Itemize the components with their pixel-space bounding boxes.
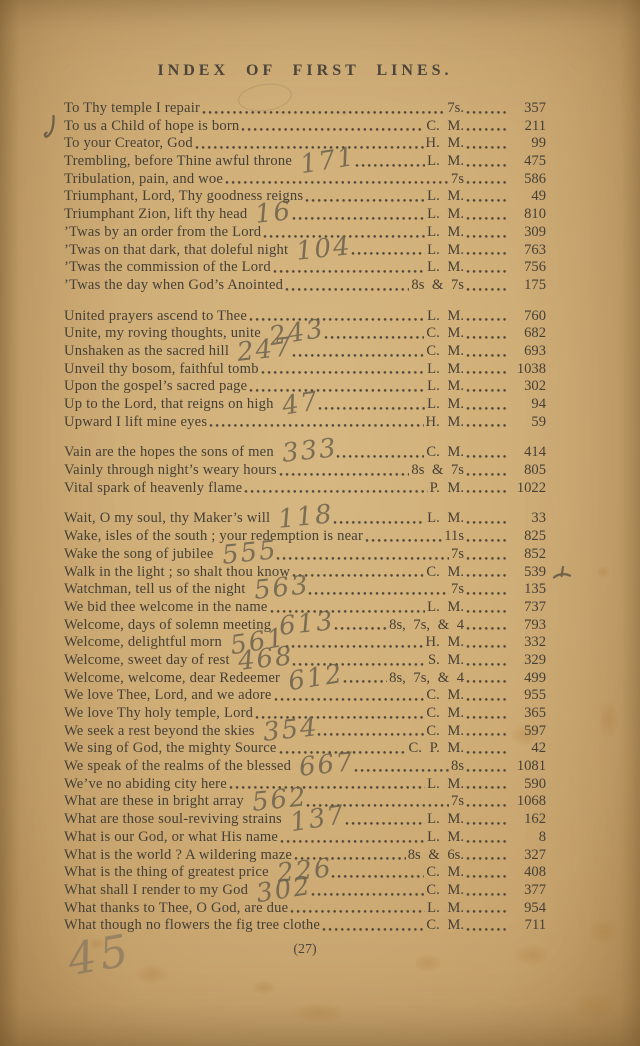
dot-leader [225,180,449,185]
entry-meter: C. M. [426,325,464,343]
entry-page-number: 8 [508,829,546,847]
entry-meter: H. M. [426,634,464,652]
entry-first-line: Upon the gospel’s sacred page [64,378,247,396]
entry-first-line: Wake the song of jubilee [64,546,214,564]
dot-leader [466,750,506,755]
entry-page-number: 329 [508,652,546,670]
entry-page-number: 1038 [508,361,546,379]
entry-meter: L. M. [427,378,464,396]
index-entry: Wake the song of jubilee555 7s 852 [64,546,546,564]
entry-page-number: 162 [508,811,546,829]
entry-page-number: 805 [508,462,546,480]
entry-page-number: 327 [508,847,546,865]
entry-page-number: 693 [508,343,546,361]
entry-first-line: ’Twas the day when God’s Anointed [64,277,283,295]
entry-first-line: What shall I render to my God [64,882,248,900]
dot-leader [305,198,425,203]
pencil-annotation: 354 [263,727,318,733]
dot-leader [292,216,426,221]
entry-meter: C. M. [426,917,464,935]
dot-leader [466,679,506,684]
page-title: INDEX OF FIRST LINES. [64,62,546,80]
entry-first-line: What is the world ? A wildering maze [64,847,292,865]
index-entry: What shall I render to my God302 C. M. 3… [64,882,546,900]
entry-meter: L. M. [427,308,464,326]
foxing-stain [292,1002,346,1024]
dot-leader [466,180,506,185]
dot-leader [466,662,506,667]
entry-meter: C. M. [426,564,464,582]
entry-page-number: 135 [508,581,546,599]
dot-leader [280,839,425,844]
entry-page-number: 760 [508,308,546,326]
entry-page-number: 711 [508,917,546,935]
entry-page-number: 357 [508,100,546,118]
folio-page-number: (27) [64,942,546,958]
dot-leader [466,353,506,358]
dot-leader [334,626,387,631]
dot-leader [343,679,387,684]
entry-first-line: Triumphant Zion, lift thy head [64,206,247,224]
entry-first-line: Watchman, tell us of the night [64,581,246,599]
index-entry: Vital spark of heavenly flame P. M. 1022 [64,480,546,498]
entry-meter: L. M. [427,599,464,617]
entry-meter: L. M. [427,900,464,918]
dot-leader [351,251,425,256]
entry-page-number: 414 [508,444,546,462]
entry-meter: 11s [444,528,464,546]
entry-meter: P. M. [430,480,464,498]
dot-leader [466,472,506,477]
entry-meter: 8s, 7s, & 4 [389,617,464,635]
index-entry: Wait, O my soul, thy Maker’s will118 L. … [64,510,546,528]
entry-page-number: 756 [508,259,546,277]
entry-page-number: 49 [508,188,546,206]
entry-meter: L. M. [427,259,464,277]
entry-meter: L. M. [427,510,464,528]
dot-leader [466,198,506,203]
dot-leader [202,110,445,115]
dot-leader [466,732,506,737]
entry-first-line: Welcome, delightful morn [64,634,222,652]
dot-leader [466,609,506,614]
dot-leader [331,874,424,879]
entry-first-line: Unshaken as the sacred hill [64,343,229,361]
dot-leader [466,556,506,561]
entry-meter: C. M. [426,444,464,462]
entry-meter: C. M. [426,687,464,705]
pencil-annotation: 171 [301,157,356,166]
dot-leader [466,216,506,221]
dot-leader [466,856,506,861]
dot-leader [466,785,506,790]
entry-first-line: We sing of God, the mighty Source [64,740,277,758]
entry-first-line: To your Creator, God [64,135,193,153]
entry-meter: 7s. [447,100,464,118]
dot-leader [333,520,425,525]
dot-leader [466,644,506,649]
entry-meter: S. M. [428,652,464,670]
index-entry: Unveil thy bosom, faithful tomb L. M. 10… [64,361,546,379]
dot-leader [292,353,425,358]
dot-leader [241,127,424,132]
dot-leader [273,269,425,274]
entry-page-number: 99 [508,135,546,153]
entry-first-line: What is the thing of greatest price [64,864,269,882]
entry-page-number: 42 [508,740,546,758]
dot-leader [466,803,506,808]
index-entry: ’Twas on that dark, that doleful night10… [64,242,546,260]
entry-first-line: We’ve no abiding city here [64,776,227,794]
entry-first-line: What is our God, or what His name [64,829,278,847]
entry-first-line: We bid thee welcome in the name [64,599,268,617]
index-entry: Vain are the hopes the sons of men333 C.… [64,444,546,462]
foxing-stain [596,566,610,578]
dot-leader [466,234,506,239]
entry-page-number: 365 [508,705,546,723]
pencil-annotation: 562 [252,798,307,804]
entry-page-number: 810 [508,206,546,224]
dot-leader [466,145,506,150]
dot-leader [209,423,423,428]
pencil-annotation: 137 [290,815,345,824]
entry-first-line: To Thy temple I repair [64,100,200,118]
entry-first-line: ’Twas by an order from the Lord [64,224,261,242]
entry-meter: 8s & 7s [411,462,464,480]
dot-leader [324,335,425,340]
entry-meter: 7s [451,581,464,599]
entry-first-line: Welcome, sweet day of rest [64,652,230,670]
dot-leader [318,406,425,411]
entry-meter: L. M. [427,361,464,379]
entry-page-number: 852 [508,546,546,564]
dot-leader [308,591,449,596]
entry-meter: C. M. [426,723,464,741]
entry-meter: 8s, 7s, & 4 [389,670,464,688]
dot-leader [365,538,442,543]
dot-leader [261,370,425,375]
foxing-stain [136,964,168,984]
entry-page-number: 175 [508,277,546,295]
index-entry: We seek a rest beyond the skies354 C. M.… [64,723,546,741]
dot-leader [466,520,506,525]
entry-page-number: 597 [508,723,546,741]
index-entry: We speak of the realms of the blessed667… [64,758,546,776]
index-entry: Unite, my roving thoughts, unite243 C. M… [64,325,546,343]
dot-leader [466,335,506,340]
entry-meter: 7s [451,171,464,189]
dot-leader [466,454,506,459]
dot-leader [317,732,424,737]
dot-leader [466,269,506,274]
pencil-annotation: 612 [289,673,344,682]
dot-leader [345,821,426,826]
entry-page-number: 332 [508,634,546,652]
index-entry: Triumphant Zion, lift thy head16 L. M. 8… [64,206,546,224]
entry-page-number: 59 [508,414,546,432]
entry-meter: H. M. [426,135,464,153]
entry-page-number: 539 [508,564,546,582]
dot-leader [466,251,506,256]
pencil-annotation: 667 [299,762,354,768]
pencil-annotation: 555 [222,550,277,556]
entry-first-line: We love Thy holy temple, Lord [64,705,253,723]
entry-first-line: We love Thee, Lord, and we adore [64,687,272,705]
dot-leader [311,892,425,897]
dot-leader [466,287,506,292]
dot-leader [466,909,506,914]
dot-leader [466,317,506,322]
dot-leader [466,423,506,428]
index-entry: Trembling, before Thine awful throne171 … [64,153,546,171]
entry-meter: 8s [451,758,464,776]
pencil-annotation: 302 [257,886,312,895]
entry-first-line: Vain are the hopes the sons of men [64,444,274,462]
entry-meter: C. M. [426,882,464,900]
dot-leader [466,591,506,596]
entry-page-number: 737 [508,599,546,617]
entry-page-number: 475 [508,153,546,171]
entry-page-number: 825 [508,528,546,546]
entry-page-number: 954 [508,900,546,918]
dot-leader [290,909,425,914]
entry-page-number: 309 [508,224,546,242]
pencil-annotation: 333 [282,448,337,454]
pencil-annotation: 16 [256,211,293,215]
foxing-stain [588,920,620,944]
entry-first-line: What thanks to Thee, O God, are due [64,900,288,918]
entry-page-number: 302 [508,378,546,396]
index-entry: Up to the Lord, that reigns on high47 L.… [64,396,546,414]
entry-first-line: Vainly through night’s weary hours [64,462,277,480]
entry-first-line: Vital spark of heavenly flame [64,480,242,498]
entry-page-number: 1068 [508,793,546,811]
entry-page-number: 1022 [508,480,546,498]
dot-leader [279,472,410,477]
dot-leader [466,489,506,494]
index-entry: What though no flowers the fig tree clot… [64,917,546,935]
entry-first-line: ’Twas on that dark, that doleful night [64,242,288,260]
index-list: To Thy temple I repair 7s. 357 To us a C… [64,100,546,935]
dot-leader [466,573,506,578]
dot-leader [285,644,424,649]
entry-meter: 8s & 6s. [408,847,464,865]
entry-meter: 7s [451,793,464,811]
pencil-annotation: 118 [278,515,333,521]
dot-leader [466,626,506,631]
index-entry: What are those soul-reviving strains137 … [64,811,546,829]
entry-first-line: To us a Child of hope is born [64,118,239,136]
pencil-annotation: 563 [254,585,309,591]
dot-leader [336,454,424,459]
dot-leader [466,388,506,393]
index-section-U: United prayers ascend to Thee L. M. 760 … [64,308,546,432]
dot-leader [322,927,424,932]
dot-leader [466,892,506,897]
entry-meter: C. P. M. [409,740,464,758]
entry-meter: L. M. [427,153,464,171]
dot-leader [285,287,409,292]
dot-leader [466,163,506,168]
pencil-annotation: 613 [279,621,334,627]
book-page: INDEX OF FIRST LINES. To Thy temple I re… [0,0,640,1046]
entry-first-line: Unite, my roving thoughts, unite [64,325,261,343]
entry-first-line: Trembling, before Thine awful throne [64,153,292,171]
entry-meter: C. M. [426,705,464,723]
entry-meter: H. M. [426,414,464,432]
entry-meter: L. M. [427,224,464,242]
index-entry: Watchman, tell us of the night563 7s 135 [64,581,546,599]
index-entry: Welcome, days of solemn meeting613 8s, 7… [64,617,546,635]
entry-meter: 7s [451,546,464,564]
pencil-annotation: 104 [296,246,351,252]
entry-meter: L. M. [427,811,464,829]
index-entry: What thanks to Thee, O God, are due L. M… [64,900,546,918]
dot-leader [466,927,506,932]
entry-meter: C. M. [426,864,464,882]
entry-page-number: 211 [508,118,546,136]
entry-first-line: United prayers ascend to Thee [64,308,247,326]
entry-first-line: Upward I lift mine eyes [64,414,207,432]
entry-first-line: We speak of the realms of the blessed [64,758,291,776]
dot-leader [466,406,506,411]
entry-first-line: What are these in bright array [64,793,244,811]
index-section-W: Wait, O my soul, thy Maker’s will118 L. … [64,510,546,935]
entry-page-number: 682 [508,325,546,343]
dot-leader [466,370,506,375]
dot-leader [466,839,506,844]
index-section-T: To Thy temple I repair 7s. 357 To us a C… [64,100,546,295]
entry-page-number: 586 [508,171,546,189]
dot-leader [466,874,506,879]
pencil-checkmark [43,115,56,146]
pencil-annotation: 47 [282,401,319,407]
dot-leader [466,127,506,132]
entry-meter: L. M. [427,242,464,260]
foxing-stain [598,700,620,740]
entry-page-number: 763 [508,242,546,260]
entry-first-line: Wait, O my soul, thy Maker’s will [64,510,270,528]
entry-page-number: 499 [508,670,546,688]
entry-meter: L. M. [427,188,464,206]
dot-leader [244,489,427,494]
dot-leader [466,538,506,543]
dot-leader [354,768,449,773]
index-entry: To us a Child of hope is born C. M. 211 [64,118,546,136]
pencil-page-note: 45 [64,925,136,986]
dot-leader [466,697,506,702]
entry-page-number: 1081 [508,758,546,776]
pencil-annotation: 247 [237,347,292,353]
entry-first-line: What are those soul-reviving strains [64,811,282,829]
entry-first-line: Unveil thy bosom, faithful tomb [64,361,259,379]
entry-page-number: 955 [508,687,546,705]
dot-leader [292,573,424,578]
entry-meter: C. M. [426,118,464,136]
entry-first-line: ’Twas the commission of the Lord [64,259,271,277]
dot-leader [466,715,506,720]
entry-page-number: 408 [508,864,546,882]
dot-leader [355,163,425,168]
dot-leader [466,768,506,773]
index-entry: Welcome, welcome, dear Redeemer612 8s, 7… [64,670,546,688]
dot-leader [276,556,449,561]
dot-leader [466,110,506,115]
entry-meter: 8s & 7s [411,277,464,295]
pencil-annotation: 468 [238,656,293,662]
index-entry: To Thy temple I repair 7s. 357 [64,100,546,118]
entry-meter: L. M. [427,829,464,847]
index-entry: ’Twas the day when God’s Anointed 8s & 7… [64,277,546,295]
entry-page-number: 94 [508,396,546,414]
entry-page-number: 793 [508,617,546,635]
dot-leader [249,388,425,393]
index-entry: Triumphant, Lord, Thy goodness reigns L.… [64,188,546,206]
dot-leader [274,697,425,702]
index-section-V: Vain are the hopes the sons of men333 C.… [64,444,546,497]
entry-page-number: 33 [508,510,546,528]
entry-first-line: Tribulation, pain, and woe [64,171,223,189]
entry-meter: L. M. [427,776,464,794]
entry-first-line: Up to the Lord, that reigns on high [64,396,274,414]
pencil-tick-mark [552,566,572,587]
dot-leader [466,821,506,826]
foxing-stain [574,992,618,1020]
foxing-stain [252,980,276,995]
entry-page-number: 377 [508,882,546,900]
entry-meter: C. M. [426,343,464,361]
entry-first-line: We seek a rest beyond the skies [64,723,255,741]
entry-meter: L. M. [427,206,464,224]
entry-page-number: 590 [508,776,546,794]
entry-meter: L. M. [427,396,464,414]
